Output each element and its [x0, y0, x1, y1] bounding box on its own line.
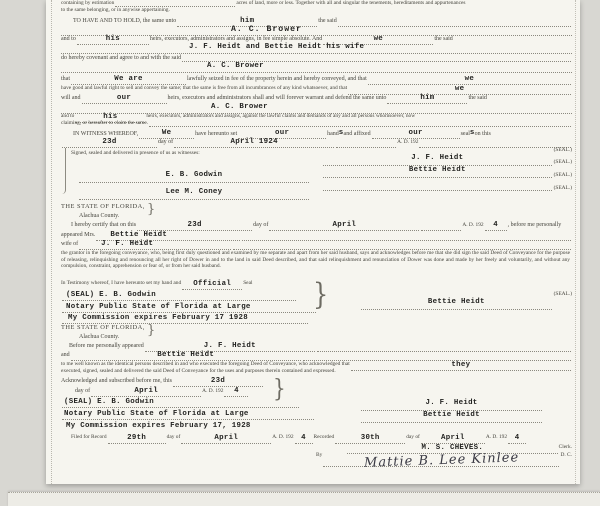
printed-text: acres of land, more or less. Together wi… — [236, 1, 465, 7]
seal-label: (SEAL.) — [554, 147, 572, 153]
signature-line: (SEAL) E. B. Godwin — [62, 292, 296, 301]
spacer — [61, 465, 316, 467]
notary-signature-2: (SEAL) E. B. Godwin — [64, 398, 154, 406]
printed-text: Acknowledged and subscribed before me, t… — [61, 378, 172, 385]
typed-recorded-day: 30th — [361, 434, 380, 442]
typed-filed-month: April — [214, 434, 238, 442]
commission-expiry-2: My Commission expires February 17, 1928 — [66, 422, 251, 430]
form-line-grantee-name: A. C. Brower — [61, 26, 572, 36]
fill-we-are: We are — [71, 76, 186, 85]
witness-signature-line-2: Lee M. Coney — [79, 181, 309, 200]
printed-text: day of — [75, 388, 90, 395]
typed-bettie-heidt: Bettie Heidt — [110, 231, 167, 239]
page-perforation-right — [575, 0, 576, 484]
seal-row-4: (SEAL.) — [323, 185, 572, 191]
witness-heading-line: Signed, sealed and delivered in presence… — [61, 151, 323, 157]
signature-line-empty — [323, 177, 552, 178]
printed-text: will and — [61, 95, 81, 102]
notary-signature: (SEAL) E. B. Godwin — [66, 291, 156, 299]
printed-ad-192: A. D. 192 — [486, 435, 507, 441]
ack-signer-signature-2: Bettie Heidt — [423, 411, 480, 419]
signature-line: Notary Public State of Florida at Large — [62, 411, 314, 420]
typed-grantor-names: J. F. Heidt and Bettie Heidt his wife — [189, 43, 364, 51]
typed-day-23d: 23d — [102, 138, 116, 146]
signature-line: (SEAL) E. B. Godwin — [62, 399, 299, 408]
fill-and-name: Bettie Heidt — [71, 352, 301, 361]
typed-we-2: we — [465, 75, 474, 83]
printed-text: IN WITNESS WHEREOF, — [73, 131, 138, 138]
fill-official: Official — [182, 281, 242, 290]
clerk-label: Clerk. — [559, 445, 572, 451]
executed-line: executed, signed, sealed and delivered t… — [61, 369, 572, 375]
fill-our-3: our — [372, 130, 460, 139]
by-label: By — [316, 453, 322, 459]
commission-line-1: My Commission expires February 17 1928 — [61, 315, 361, 324]
typed-plural-s: s — [339, 129, 344, 137]
before-me-line: Before me personally appeared J. F. Heid… — [61, 343, 572, 352]
printed-text: appeared Mrs. — [61, 232, 95, 239]
notary-block-2: day of April A. D. 192 4 (SEAL) E. B. Go… — [61, 388, 572, 436]
typed-year-4-2: 4 — [234, 387, 239, 395]
seal-label: (SEAL.) — [554, 159, 572, 165]
witness-heading: Signed, sealed and delivered in presence… — [71, 151, 200, 157]
fill-rec-month: April — [421, 435, 485, 444]
typed-jf-heidt-2: J. F. Heidt — [204, 342, 256, 350]
seal-row-3: (SEAL.) — [323, 172, 572, 178]
printed-text: day of — [253, 222, 268, 229]
scanned-deed-document: { "colors":{"bg":"#d8d7d2","paper":"#f6f… — [0, 0, 600, 506]
county-label-2: Alachua County. — [79, 334, 119, 341]
signature-line: Bettie Heidt — [361, 404, 542, 423]
printed-ad-192: A. D. 192 — [272, 435, 293, 441]
notary-title-2: Notary Public State of Florida at Large — [64, 410, 249, 418]
fill-rec-day: 30th — [335, 435, 405, 444]
fill-our: our — [82, 95, 167, 104]
printed-text: and — [61, 352, 70, 359]
fill-filed-month: April — [181, 435, 271, 444]
printed-text: hand — [327, 131, 339, 138]
fill-year-2: 4 — [224, 388, 248, 397]
printed-text: wife of — [61, 241, 78, 248]
indent — [61, 229, 71, 231]
typed-day-23d-2: 23d — [188, 221, 202, 229]
fill-deputy-signature: Mattie B. Lee Kinlee — [323, 452, 559, 467]
seal-label: (SEAL.) — [554, 185, 572, 191]
signer-row-2: Bettie Heidt — [361, 404, 542, 423]
certify-line: I hereby certify that on this 23d day of… — [61, 222, 572, 231]
dotted-line — [149, 124, 571, 127]
typed-grantee-name: A. C. Brower — [231, 25, 302, 34]
typed-they: they — [451, 361, 470, 369]
signature-line: Notary Public State of Florida at Large — [62, 304, 316, 313]
typed-bettie-heidt-2: Bettie Heidt — [157, 351, 214, 359]
county-label: Alachua County. — [79, 213, 119, 220]
fill-we-2: we — [368, 76, 571, 85]
seal-label: (SEAL.) — [554, 291, 572, 297]
and-name-line: and Bettie Heidt — [61, 352, 572, 361]
brace-glyph-3: } — [273, 374, 286, 403]
dc-label: D. C. — [560, 453, 572, 459]
form-line-belonging: to the same belonging, or in anywise app… — [61, 8, 572, 14]
indent — [61, 339, 79, 341]
typed-his: his — [106, 35, 120, 43]
fill-ack-day: 23d — [173, 378, 263, 387]
printed-text: have good and lawful right to sell and c… — [61, 86, 347, 92]
printed-text: Seal — [243, 281, 252, 287]
notary-title-line-2: Notary Public State of Florida at Large — [61, 411, 361, 420]
typed-we: we — [374, 35, 383, 43]
signature-line-empty — [323, 190, 552, 191]
form-line-covenant-name: A. C. Brower — [61, 63, 572, 73]
next-page-edge — [8, 492, 600, 506]
indent — [61, 51, 189, 53]
notary-column-2: day of April A. D. 192 4 (SEAL) E. B. Go… — [61, 388, 361, 436]
wife-of-line: wife of J. F. Heidt — [61, 241, 572, 250]
witness-signature-2: Lee M. Coney — [166, 188, 223, 196]
printed-text: Before me personally appeared — [69, 343, 144, 350]
typed-recorded-month: April — [441, 434, 465, 442]
signature-line: Bettie Heidt — [361, 291, 552, 310]
printed-text: executed, signed, sealed and delivered t… — [61, 369, 336, 375]
indent — [61, 70, 207, 72]
printed-text: heirs, executors, administrators and ass… — [150, 36, 322, 43]
typed-april-1924: April 1924 — [230, 138, 277, 146]
typed-grantee-name-2: A. C. Brower — [207, 62, 264, 70]
fill-year: 4 — [485, 222, 507, 231]
printed-text: and affixed — [344, 131, 371, 138]
printed-text: claiming, or hereafter to claim the same… — [61, 121, 148, 127]
indent — [61, 33, 231, 35]
notary-title: Notary Public State of Florida at Large — [66, 303, 251, 311]
form-line-claiming: claiming, or hereafter to claim the same… — [61, 121, 572, 127]
printed-text: seal — [461, 131, 470, 138]
form-line-warrant: will and our heirs, executors and admini… — [61, 95, 572, 104]
state-heading-1: THE STATE OF FLORIDA, — [61, 203, 572, 210]
state-of-florida-label: THE STATE OF FLORIDA, — [61, 203, 145, 210]
typed-our-2: our — [275, 129, 289, 137]
acknowledged-line: Acknowledged and subscribed before me, t… — [61, 378, 572, 387]
printed-text: lawfully seized in fee of the property h… — [187, 76, 367, 83]
printed-text: TO HAVE AND TO HOLD, the same unto — [73, 18, 176, 25]
printed-text: day of — [167, 435, 181, 441]
witness-seal-block: Signed, sealed and delivered in presence… — [61, 146, 572, 198]
page-perforation-left — [51, 0, 52, 484]
typed-we-4: We — [162, 129, 171, 137]
form-line-covenant: do hereby covenant and agree to and with… — [61, 55, 572, 62]
typed-jf-heidt: J. F. Heidt — [101, 240, 153, 248]
printed-ad-192: A. D. 192 — [462, 223, 483, 229]
typed-him-2: him — [420, 94, 434, 102]
form-line-grantor-names: J. F. Heidt and Bettie Heidt his wife — [61, 44, 572, 54]
typed-our-3: our — [408, 129, 422, 137]
deputy-clerk-line: By Mattie B. Lee Kinlee D. C. — [61, 453, 572, 467]
printed-text: In Testimony whereof, I have hereunto se… — [61, 281, 181, 287]
indent — [61, 218, 79, 220]
printed-text: to the same belonging, or in anywise app… — [61, 8, 170, 14]
printed-text: heirs, executors, administrators and ass… — [146, 114, 415, 120]
fill-month-2: April — [269, 222, 419, 231]
witness-column: Signed, sealed and delivered in presence… — [61, 146, 323, 198]
fill-month-3: April — [91, 388, 201, 397]
printed-text: day of — [158, 139, 173, 146]
dower-paragraph: the grantor in the foregoing conveyance,… — [61, 250, 570, 270]
fill-filed-year: 4 — [295, 435, 313, 444]
notary-signature-line-2: (SEAL) E. B. Godwin — [61, 399, 361, 408]
typed-plural-s-2: s — [470, 129, 475, 137]
printed-text: heirs, executors and administrators shal… — [168, 95, 387, 102]
printed-text: the said — [318, 18, 337, 25]
signature-line: My Commission expires February 17, 1928 — [62, 423, 311, 431]
typed-recorded-year: 4 — [515, 434, 520, 442]
fill-husband-name: J. F. Heidt — [79, 241, 231, 250]
county-line-1: Alachua County. — [61, 213, 572, 220]
typed-year-4: 4 — [493, 221, 498, 229]
commission-expiry: My Commission expires February 17 1928 — [68, 314, 248, 322]
day-of-line-2: day of April A. D. 192 4 — [61, 388, 361, 397]
seal-column: J. F. Heidt (SEAL.) Bettie Heidt (SEAL.)… — [323, 146, 572, 198]
form-line-seized: that We are lawfully seized in fee of th… — [61, 76, 572, 85]
printed-text: day of — [406, 435, 420, 441]
column-divider-line — [61, 148, 66, 194]
signature-line: My Commission expires February 17 1928 — [62, 315, 308, 324]
typed-april: April — [332, 221, 356, 229]
printed-text: the said — [434, 36, 453, 43]
printed-text: , before me personally — [508, 222, 562, 229]
state-of-florida-label-2: THE STATE OF FLORIDA, — [61, 324, 145, 331]
typed-we-3: we — [455, 85, 464, 93]
brace-glyph-tall: } — [313, 277, 328, 312]
typed-april-2: April — [134, 387, 158, 395]
signer-column-1: Bettie Heidt (SEAL.) — [361, 281, 572, 323]
dower-signer-signature: Bettie Heidt — [428, 298, 485, 306]
form-line-in-witness: IN WITNESS WHEREOF, We have hereunto set… — [61, 130, 572, 139]
fill-we-4: We — [139, 130, 194, 139]
signer-column-2: J. F. Heidt Bettie Heidt — [361, 388, 572, 436]
typed-him: him — [240, 17, 254, 25]
fill-day-2: 23d — [137, 222, 252, 231]
witness-signature-1: E. B. Godwin — [166, 171, 223, 179]
signer-seal-row: Bettie Heidt (SEAL.) — [361, 291, 572, 310]
state-heading-2: THE STATE OF FLORIDA, — [61, 324, 572, 331]
printed-text: the said — [468, 95, 487, 102]
printed-text: have hereunto set — [195, 131, 237, 138]
printed-text: and to — [61, 36, 76, 43]
fill-rec-year: 4 — [508, 435, 526, 444]
typed-our: our — [117, 94, 131, 102]
county-line-2: Alachua County. — [61, 334, 572, 341]
typed-filed-year: 4 — [301, 434, 306, 442]
fill-him: him — [387, 95, 467, 104]
dotted-line — [421, 228, 461, 231]
signature-line: Lee M. Coney — [79, 181, 309, 200]
deed-page: containing by estimation acres of land, … — [46, 0, 580, 484]
filed-for-record-line: Filed for Record 29th day of April A. D.… — [61, 435, 572, 444]
indent — [61, 442, 71, 444]
seal-label: (SEAL.) — [554, 172, 572, 178]
printed-text: I hereby certify that on this — [71, 222, 136, 229]
typed-grantee-name-3: A. C. Brower — [211, 103, 268, 111]
printed-text: on this — [475, 131, 491, 138]
commission-line-2: My Commission expires February 17, 1928 — [61, 423, 361, 431]
printed-text: Filed for Record — [71, 435, 107, 441]
fill-filed-day: 29th — [108, 435, 166, 444]
printed-text: that — [61, 76, 70, 83]
typed-day-23d-3: 23d — [211, 377, 225, 385]
printed-ad-192: A. D. 192 — [202, 389, 223, 395]
fill-we-3: we — [348, 86, 571, 95]
printed-text: do hereby covenant and agree to and with… — [61, 55, 181, 62]
indent — [61, 395, 75, 397]
typed-official: Official — [193, 280, 231, 288]
typed-we-are: We are — [114, 75, 142, 83]
typed-filed-day: 29th — [127, 434, 146, 442]
printed-text: Recorded — [314, 435, 335, 441]
deputy-clerk-signature: Mattie B. Lee Kinlee — [364, 451, 520, 471]
form-line-good-right: have good and lawful right to sell and c… — [61, 86, 572, 95]
